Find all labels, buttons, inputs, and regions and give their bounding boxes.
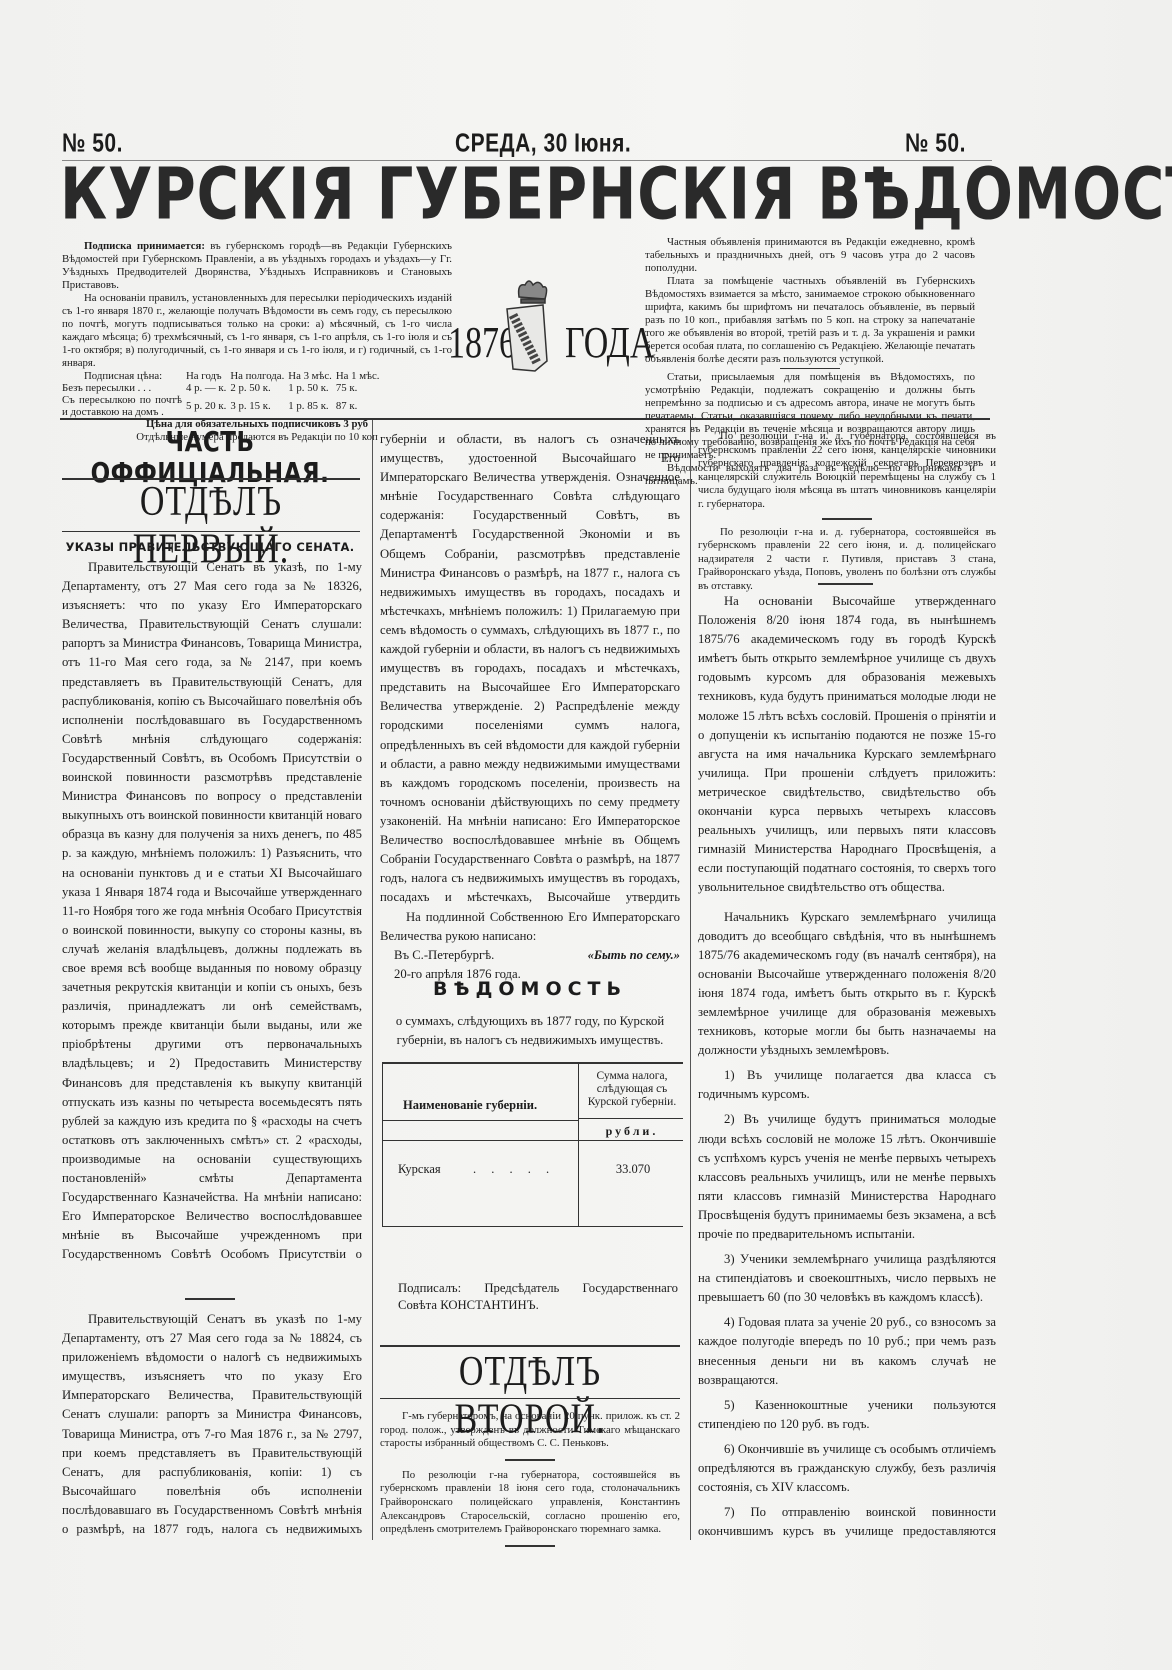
subscription-rules: На основанiи правилъ, установленныхъ для… [62,292,452,370]
decree-1: Правительствующiй Сенатъ въ указѣ, по 1-… [62,558,362,1263]
subscription-block: Подписка принимается: въ губернскомъ гор… [62,240,452,444]
rule [62,531,360,532]
resolution-words: «Быть по сему.» [588,946,680,965]
notice-governor-appointment: Г-мъ губернаторомъ, на основанiи 20 пунк… [380,1410,680,1451]
notice-resolution-appointment: По резолюцiи г-на губернатора, состоявше… [380,1469,680,1537]
price-header-row: Подписная цѣна: На годъ На полгода. На 3… [62,370,383,382]
price-cell: 87 к. [336,394,384,418]
opinion-text: губернiи и области, въ налогъ съ означен… [380,430,680,908]
table-rule [579,1118,683,1119]
decree-2: Правительствующiй Сенатъ въ указѣ по 1-м… [62,1310,362,1540]
price-cell: 3 р. 15 к. [230,394,288,418]
rule [380,1398,680,1399]
row-name: Курская [398,1162,441,1177]
vedomost-signature: Подписалъ: Предсѣдатель Государственнаго… [398,1280,678,1314]
price-cell: 1 р. 85 к. [288,394,336,418]
price-header-half: На полгода. [230,370,288,382]
notice-transfer: По резолюцiи г-на и. д. губернатора, сос… [698,430,996,512]
price-header-year: На годъ [186,370,230,382]
subscription-intro-label: Подписка принимается: [84,240,205,252]
school-rule-item: 1) Въ училище полагается два класса съ г… [698,1066,996,1104]
divider [185,1298,235,1300]
table-rule [383,1140,683,1141]
resolution-place: Въ С.-Петербургѣ. [394,946,494,965]
unit-label: рубли. [581,1124,683,1139]
table-rule [383,1120,578,1121]
col-sum-header: Сумма налога, слѣдующая съ Курской губер… [581,1070,683,1109]
vedomost-subtitle: о суммахъ, слѣдующихъ въ 1877 году, по К… [380,1012,680,1050]
vedomost-title: ВѢДОМОСТЬ [380,978,680,1000]
senate-decrees-heading: УКАЗЫ ПРАВИТЕЛЬСТВУЮЩАГО СЕНАТА. [60,540,360,554]
school-rule-item: 5) Казеннокоштные ученики пользуются сти… [698,1396,996,1434]
surveyor-school-announcement: На основанiи Высочайше утвержденнаго Пол… [698,592,996,1542]
price-header-1m: На 1 мѣс. [336,370,384,382]
table-divider [578,1064,579,1226]
price-row: Безъ пересылки . . . 4 р. — к. 2 р. 50 к… [62,382,383,394]
price-cell: 1 р. 50 к. [288,382,336,394]
resolution-text: На подлинной Собственною Его Императорск… [380,908,680,946]
decree-1-text: Правительствующiй Сенатъ въ указѣ, по 1-… [62,558,362,1263]
ads-notice-p2: Плата за помѣщенiе частныхъ объявленiй в… [645,275,975,366]
year-right: ГОДА [565,319,654,368]
school-rules-list: 1) Въ училище полагается два класса съ г… [698,1066,996,1542]
price-row-label: Безъ пересылки . . . [62,382,186,394]
decree-2-text: Правительствующiй Сенатъ въ указѣ по 1-м… [62,1310,362,1540]
rule [380,1345,680,1347]
state-council-opinion: губернiи и области, въ налогъ съ означен… [380,430,680,908]
school-para-1: На основанiи Высочайше утвержденнаго Пол… [698,592,996,898]
ads-notice-p1: Частныя объявленiя принимаются въ Редакц… [645,236,975,275]
row-dots: . . . . . [473,1162,555,1177]
header-rule [60,418,990,420]
newspaper-page: № 50. СРЕДА, 30 Iюня. № 50. КУРСКIЯ ГУБЕ… [0,0,1172,1670]
divider [822,518,872,520]
price-cell: 75 к. [336,382,384,394]
school-para-2: Начальникъ Курскаго землемѣрнаго училища… [698,908,996,1061]
price-row-label: Съ пересылкою по почтѣ и доставкою на до… [62,394,186,418]
crowned-coat-of-arms-icon [503,275,561,385]
newspaper-title: КУРСКIЯ ГУБЕРНСКIЯ ВѢДОМОСТИ. [60,160,944,229]
divider [505,1459,555,1461]
column-divider [372,420,373,1540]
row-value: 33.070 [593,1162,673,1177]
school-rule-item: 4) Годовая плата за ученiе 20 руб., со в… [698,1313,996,1389]
price-header-label: Подписная цѣна: [62,370,186,382]
price-cell: 5 р. 20 к. [186,394,230,418]
col-name-header: Наименованiе губернiи. [403,1098,537,1113]
school-rule-item: 2) Въ училище будутъ приниматься молодые… [698,1110,996,1244]
notices-second-dept: Г-мъ губернаторомъ, на основанiи 20 пунк… [380,1410,680,1555]
tax-table: Наименованiе губернiи. Сумма налога, слѣ… [382,1062,683,1227]
price-header-3m: На 3 мѣс. [288,370,336,382]
divider [505,1545,555,1547]
governor-notices: По резолюцiи г-на и. д. губернатора, сос… [698,430,996,594]
school-rule-item: 3) Ученики землемѣрнаго училища раздѣляю… [698,1250,996,1307]
price-row: Съ пересылкою по почтѣ и доставкою на до… [62,394,383,418]
column-divider [690,420,691,1540]
school-rule-item: 6) Окончившiе въ училище съ особымъ отли… [698,1440,996,1497]
divider [818,583,873,585]
divider [780,368,840,369]
price-cell: 2 р. 50 к. [230,382,288,394]
imperial-resolution: На подлинной Собственною Его Императорск… [380,908,680,984]
school-rule-item: 7) По отправленiю воинской повинности ок… [698,1503,996,1542]
price-table: Подписная цѣна: На годъ На полгода. На 3… [62,370,383,418]
price-cell: 4 р. — к. [186,382,230,394]
